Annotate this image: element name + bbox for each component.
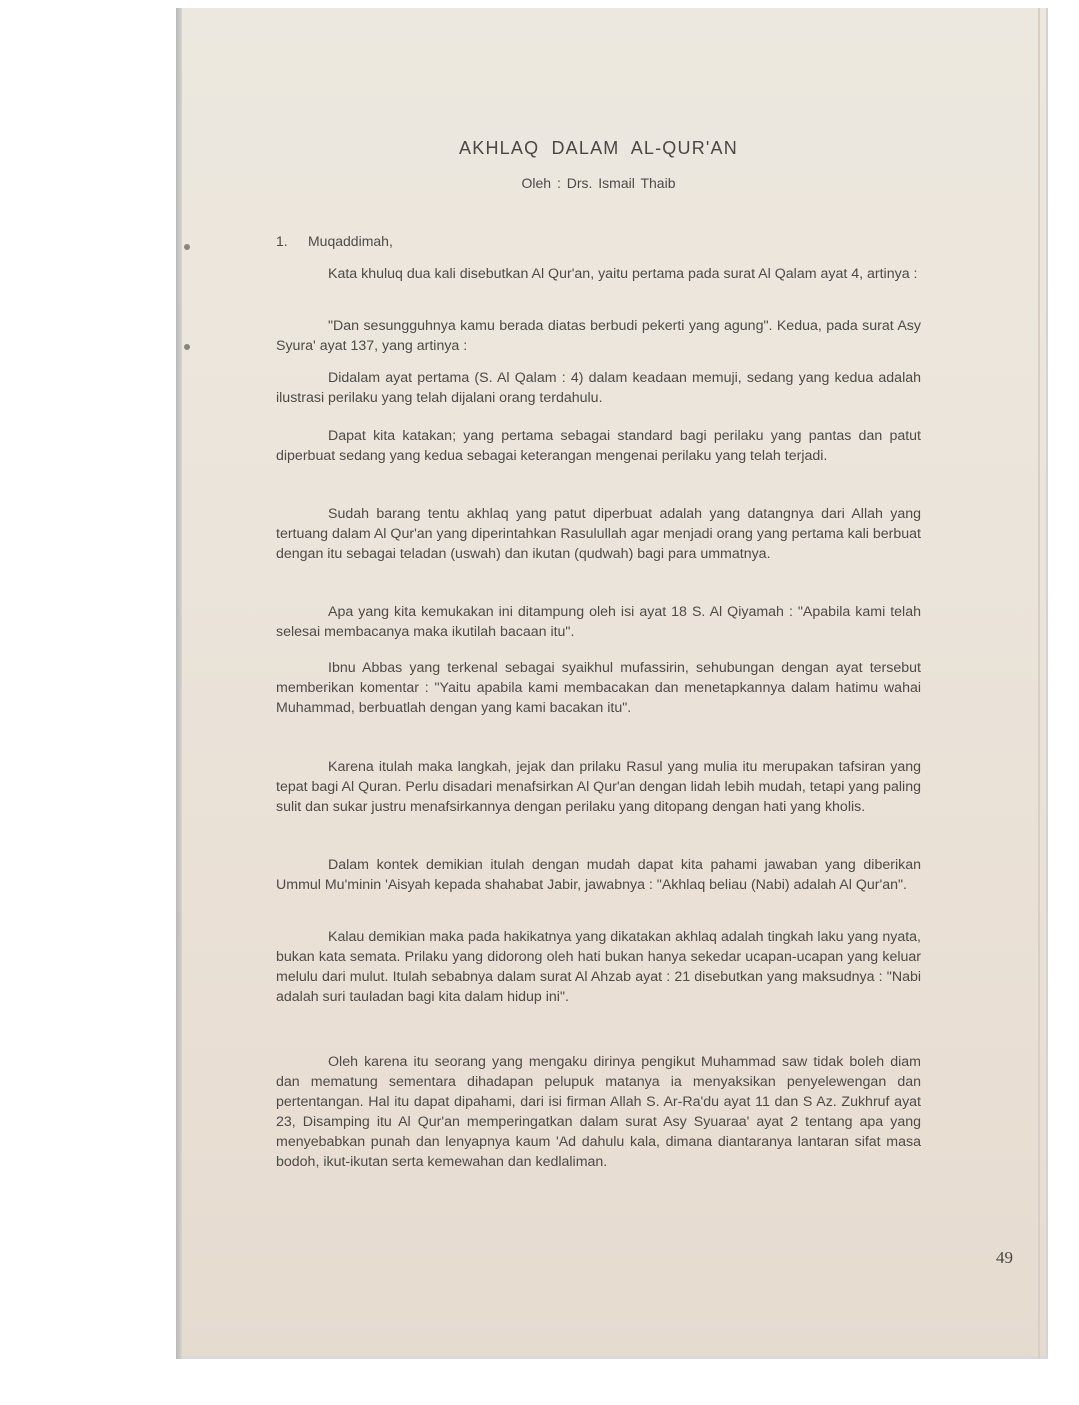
paragraph: Kata khuluq dua kali disebutkan Al Qur'a… [276,264,921,284]
paragraph: Oleh karena itu seorang yang mengaku dir… [276,1052,921,1172]
paragraph: Dapat kita katakan; yang pertama sebagai… [276,426,921,466]
binding-hole-mark [184,244,190,250]
section-number: 1. [276,231,308,251]
page-spine-shadow [176,8,182,1359]
scanned-page: AKHLAQ DALAM AL-QUR'AN Oleh : Drs. Ismai… [176,8,1048,1359]
section-heading: 1.Muqaddimah, [276,231,393,251]
paragraph: Apa yang kita kemukakan ini ditampung ol… [276,602,921,642]
paragraph: "Dan sesungguhnya kamu berada diatas ber… [276,316,921,356]
paragraph: Sudah barang tentu akhlaq yang patut dip… [276,504,921,564]
section-title: Muqaddimah, [308,233,393,249]
page-number: 49 [996,1248,1013,1268]
article-byline: Oleh : Drs. Ismail Thaib [276,173,921,193]
page-right-edge [1038,8,1040,1359]
binding-hole-mark [184,344,190,350]
paragraph: Karena itulah maka langkah, jejak dan pr… [276,757,921,817]
paragraph: Didalam ayat pertama (S. Al Qalam : 4) d… [276,368,921,408]
paragraph: Kalau demikian maka pada hakikatnya yang… [276,927,921,1007]
paragraph: Ibnu Abbas yang terkenal sebagai syaikhu… [276,658,921,718]
paragraph: Dalam kontek demikian itulah dengan muda… [276,855,921,895]
article-title: AKHLAQ DALAM AL-QUR'AN [276,138,921,158]
